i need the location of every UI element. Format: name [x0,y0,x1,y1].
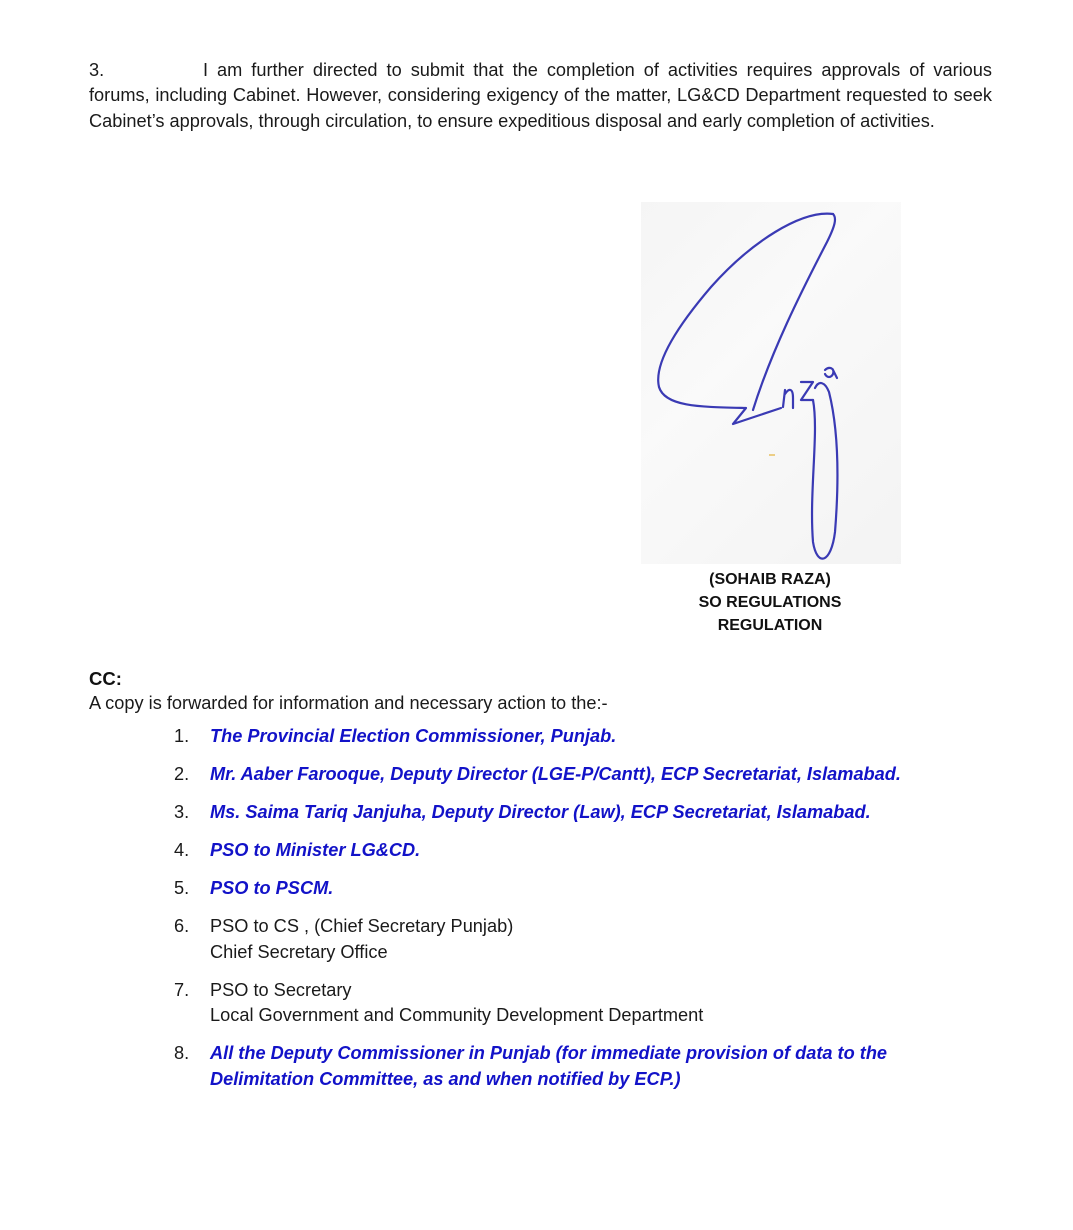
cc-item-text: PSO to PSCM. [210,876,994,902]
cc-recipient-item: 1.The Provincial Election Commissioner, … [174,724,994,750]
cc-item-text: Mr. Aaber Farooque, Deputy Director (LGE… [210,762,994,788]
cc-label: CC: [89,668,122,690]
signatory-section: REGULATION [650,614,890,637]
cc-item-line: The Provincial Election Commissioner, Pu… [210,724,994,750]
cc-item-line: Delimitation Committee, as and when noti… [210,1067,994,1093]
cc-item-line: PSO to CS , (Chief Secretary Punjab) [210,914,994,940]
cc-recipient-item: 4.PSO to Minister LG&CD. [174,838,994,864]
paragraph-text: I am further directed to submit that the… [89,60,992,131]
cc-item-number: 1. [174,724,210,750]
cc-item-text: All the Deputy Commissioner in Punjab (f… [210,1041,994,1092]
cc-item-line: All the Deputy Commissioner in Punjab (f… [210,1041,994,1067]
cc-recipient-item: 5.PSO to PSCM. [174,876,994,902]
cc-item-number: 7. [174,978,210,1029]
cc-recipient-item: 8.All the Deputy Commissioner in Punjab … [174,1041,994,1092]
cc-item-line: Mr. Aaber Farooque, Deputy Director (LGE… [210,762,994,788]
signatory-designation: SO REGULATIONS [650,591,890,614]
cc-item-line: Ms. Saima Tariq Janjuha, Deputy Director… [210,800,994,826]
cc-item-line: PSO to PSCM. [210,876,994,902]
cc-item-number: 8. [174,1041,210,1092]
signatory-name: (SOHAIB RAZA) [650,568,890,591]
cc-recipient-list: 1.The Provincial Election Commissioner, … [174,724,994,1105]
cc-item-number: 6. [174,914,210,965]
cc-intro: A copy is forwarded for information and … [89,693,608,714]
signature-block: (SOHAIB RAZA) SO REGULATIONS REGULATION [650,568,890,637]
cc-item-line: PSO to Minister LG&CD. [210,838,994,864]
cc-item-line: PSO to Secretary [210,978,994,1004]
cc-item-number: 5. [174,876,210,902]
cc-recipient-item: 7.PSO to SecretaryLocal Government and C… [174,978,994,1029]
cc-recipient-item: 2.Mr. Aaber Farooque, Deputy Director (L… [174,762,994,788]
cc-item-text: Ms. Saima Tariq Janjuha, Deputy Director… [210,800,994,826]
cc-item-text: The Provincial Election Commissioner, Pu… [210,724,994,750]
paragraph-number: 3. [89,58,203,83]
cc-item-number: 3. [174,800,210,826]
cc-recipient-item: 6.PSO to CS , (Chief Secretary Punjab)Ch… [174,914,994,965]
paragraph-3: 3.I am further directed to submit that t… [89,58,992,134]
cc-item-text: PSO to CS , (Chief Secretary Punjab)Chie… [210,914,994,965]
cc-item-number: 2. [174,762,210,788]
cc-item-text: PSO to Minister LG&CD. [210,838,994,864]
cc-item-text: PSO to SecretaryLocal Government and Com… [210,978,994,1029]
cc-recipient-item: 3.Ms. Saima Tariq Janjuha, Deputy Direct… [174,800,994,826]
cc-item-line: Chief Secretary Office [210,940,994,966]
signature-image [641,202,901,564]
cc-item-line: Local Government and Community Developme… [210,1003,994,1029]
cc-item-number: 4. [174,838,210,864]
